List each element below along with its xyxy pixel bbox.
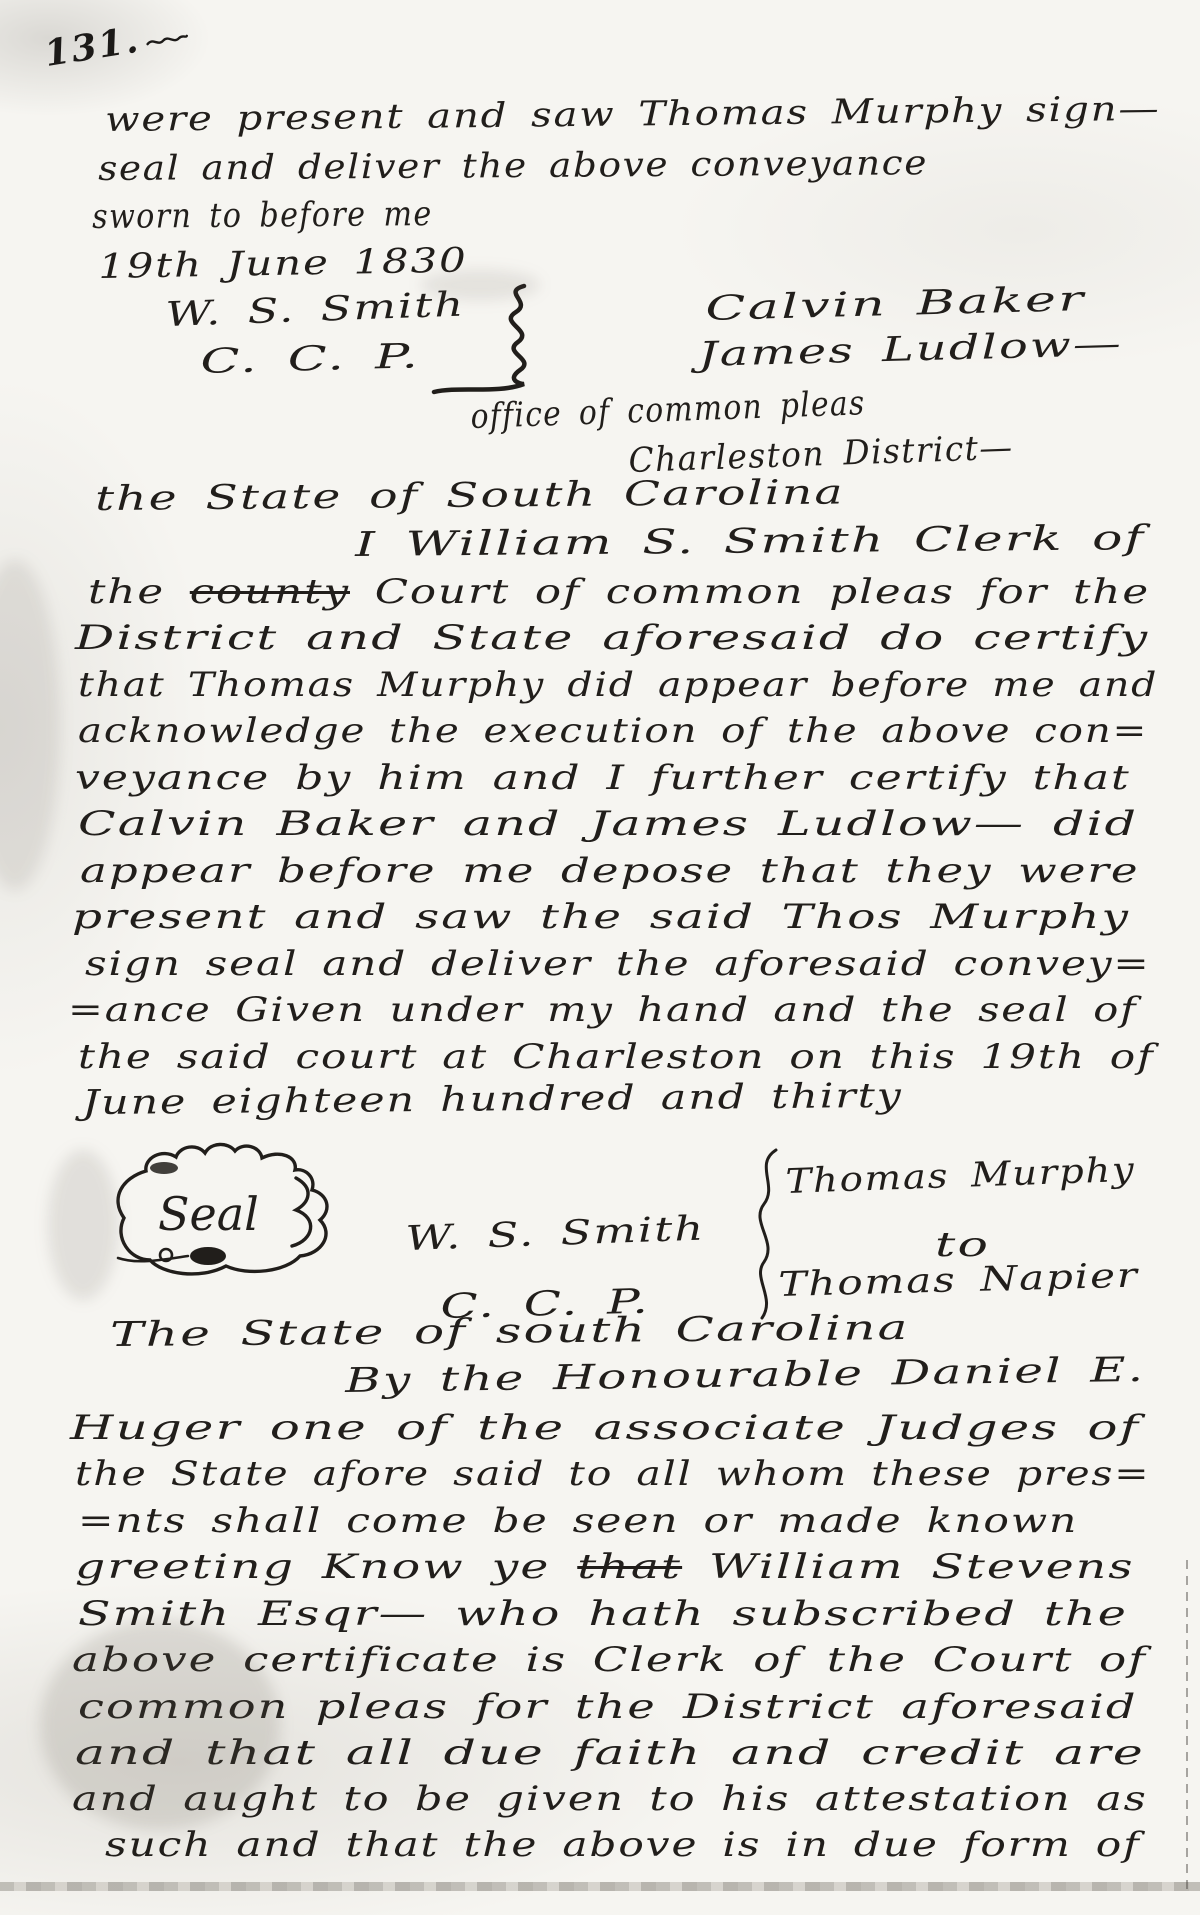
- line-by-honourable: By the Honourable Daniel E.: [345, 1353, 1145, 1400]
- seal-ink-blot-top: [150, 1162, 178, 1174]
- sig-ws-smith-mid: W. S. Smith: [405, 1212, 706, 1258]
- line-were-present: were present and saw Thomas Murphy sign—: [105, 92, 1161, 139]
- line-date-june-1830: 19th June 1830: [98, 244, 468, 286]
- line-due-faith-credit: and that all due faith and credit are: [75, 1736, 1145, 1772]
- line-state-sc-2: The State of south Carolina: [110, 1311, 910, 1354]
- line-that-thomas-murphy: that Thomas Murphy did appear before me …: [78, 668, 1158, 704]
- line-baker-ludlow-did: Calvin Baker and James Ludlow— did: [78, 807, 1138, 843]
- sig-ws-smith-top: W. S. Smith: [165, 288, 466, 334]
- seal-right-bracket-curve: [292, 1178, 311, 1246]
- scanned-manuscript-page: 131. were present and saw Thomas Murphy …: [0, 0, 1200, 1915]
- line-greeting-know-ye: greeting Know ye that William Stevens: [75, 1550, 1135, 1586]
- page-number: 131.: [42, 11, 192, 75]
- line-district-state: District and State aforesaid do certify: [75, 621, 1149, 657]
- line-sign-seal-deliver: sign seal and deliver the aforesaid conv…: [85, 947, 1151, 983]
- line-ance-given: =ance Given under my hand and the seal o…: [68, 993, 1137, 1029]
- sig-james-ludlow: James Ludlow—: [698, 327, 1123, 374]
- paper-right-edge: [1186, 1560, 1188, 1890]
- line-appear-depose: appear before me depose that they were: [80, 854, 1140, 890]
- line-june-eighteen: June eighteen hundred and thirty: [82, 1079, 903, 1122]
- line-present-saw-thos: present and saw the said Thos Murphy: [72, 900, 1130, 936]
- caption-to: to: [935, 1228, 990, 1264]
- line-county-court: the county Court of common pleas for the: [88, 575, 1150, 611]
- page-number-underline-squiggle: [144, 30, 190, 51]
- line-state-south-carolina: the State of South Carolina: [95, 475, 845, 517]
- seal-drawing: Seal: [100, 1138, 370, 1290]
- sig-ccp-top: C. C. P.: [200, 339, 420, 380]
- brace-flourish-top: [428, 280, 553, 402]
- line-aught-attestation: and aught to be given to his attestation…: [72, 1782, 1148, 1818]
- seal-ink-blot-bottom: [190, 1247, 226, 1265]
- struck-word: county: [190, 572, 350, 612]
- line-above-certificate: above certificate is Clerk of the Court …: [72, 1643, 1147, 1679]
- line-due-form-of: such and that the above is in due form o…: [105, 1828, 1141, 1864]
- struck-word: that: [577, 1547, 682, 1587]
- caption-thomas-murphy: Thomas Murphy: [785, 1153, 1136, 1201]
- line-said-court: the said court at Charleston on this 19t…: [78, 1040, 1155, 1076]
- line-veyance-by-him: veyance by him and I further certify tha…: [75, 761, 1131, 797]
- seal-underline-dash: [118, 1256, 188, 1261]
- caption-thomas-napier: Thomas Napier: [778, 1259, 1139, 1304]
- line-acknowledge: acknowledge the execution of the above c…: [78, 714, 1148, 750]
- line-seal-and-deliver: seal and deliver the above conveyance: [98, 146, 928, 187]
- sig-calvin-baker: Calvin Baker: [705, 282, 1086, 328]
- scan-edge-strip: [0, 1882, 1200, 1891]
- line-state-aforesaid: the State afore said to all whom these p…: [75, 1457, 1150, 1493]
- seal-label: Seal: [158, 1187, 259, 1241]
- line-i-william-smith: I William S. Smith Clerk of: [355, 521, 1146, 564]
- page-number-text: 131.: [42, 19, 143, 75]
- line-common-pleas-dist: common pleas for the District aforesaid: [78, 1690, 1138, 1726]
- brace-flourish-middle: [742, 1146, 784, 1322]
- line-huger-judges: Huger one of the associate Judges of: [70, 1411, 1140, 1447]
- line-smith-esqr: Smith Esqr— who hath subscribed the: [78, 1597, 1128, 1633]
- smudge-stain-left-edge: [0, 560, 60, 890]
- line-sworn-before: sworn to before me: [92, 197, 433, 236]
- line-nts-shall-come: =nts shall come be seen or made known: [78, 1504, 1078, 1540]
